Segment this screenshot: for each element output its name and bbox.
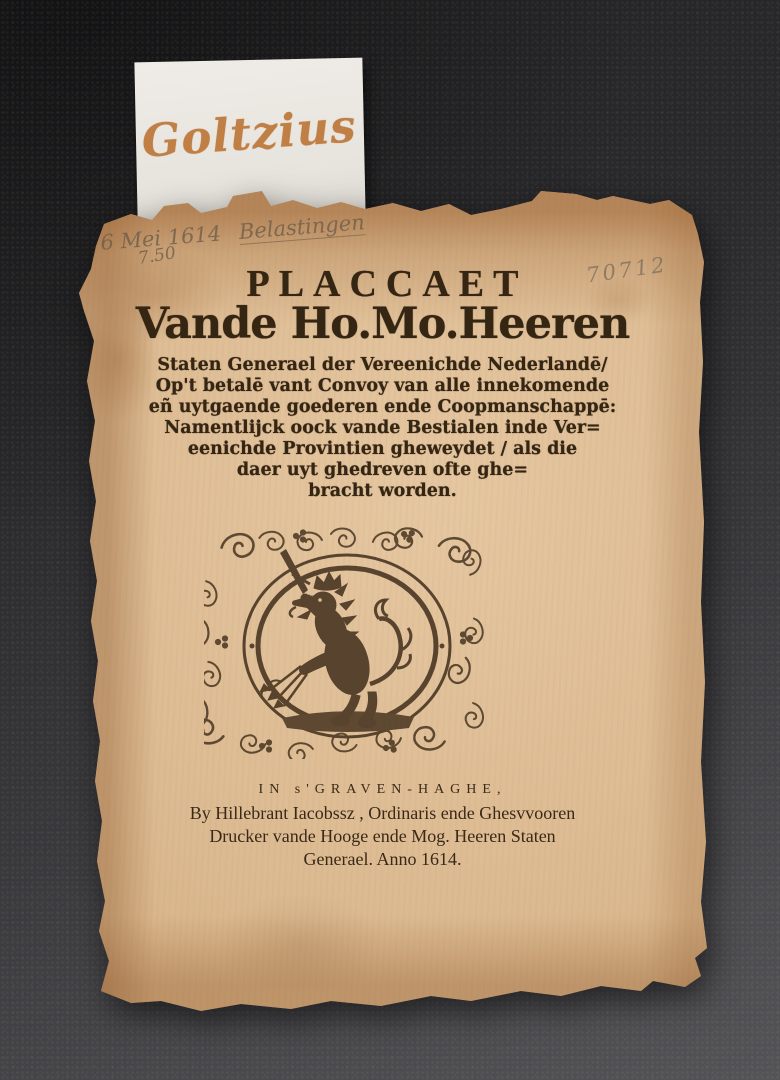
lion-woodcut-emblem-icon	[204, 522, 484, 759]
imprint-line: Generael. Anno 1614.	[100, 848, 665, 871]
subtitle-block: Staten Generael der Vereenichde Nederlan…	[100, 355, 665, 502]
imprint-block: IN s'GRAVEN-HAGHE, By Hillebrant Iacobss…	[100, 782, 665, 871]
pamphlet-title-page: 6 Mei 1614Belastingen 7.50 70712 PLACCAE…	[0, 0, 780, 1080]
handwritten-subject: Belastingen	[238, 210, 366, 245]
subtitle-line: Namentlijck oock vande Bestialen inde Ve…	[100, 418, 665, 439]
pamphlet-wrapper: 6 Mei 1614Belastingen 7.50 70712 PLACCAE…	[0, 0, 780, 1080]
subtitle-line: eenichde Provintien gheweydet / als die	[100, 439, 665, 460]
heading-blackletter: Vande Ho.Mo.Heeren	[100, 299, 665, 349]
photo-background: Goltzius 6 Mei 1614Belastingen 7.50 7071…	[0, 0, 780, 1080]
subtitle-line: bracht worden.	[100, 481, 665, 502]
imprint-line: Drucker vande Hooge ende Mog. Heeren Sta…	[100, 825, 665, 848]
imprint-line: By Hillebrant Iacobssz , Ordinaris ende …	[100, 802, 665, 825]
subtitle-line: Op't betalē vant Convoy van alle innekom…	[100, 376, 665, 397]
subtitle-line: Staten Generael der Vereenichde Nederlan…	[100, 355, 665, 376]
imprint-place: IN s'GRAVEN-HAGHE,	[100, 782, 665, 798]
subtitle-line: daer uyt ghedreven ofte ghe=	[100, 460, 665, 481]
subtitle-line: eñ uytgaende goederen ende Coopmanschapp…	[100, 397, 665, 418]
